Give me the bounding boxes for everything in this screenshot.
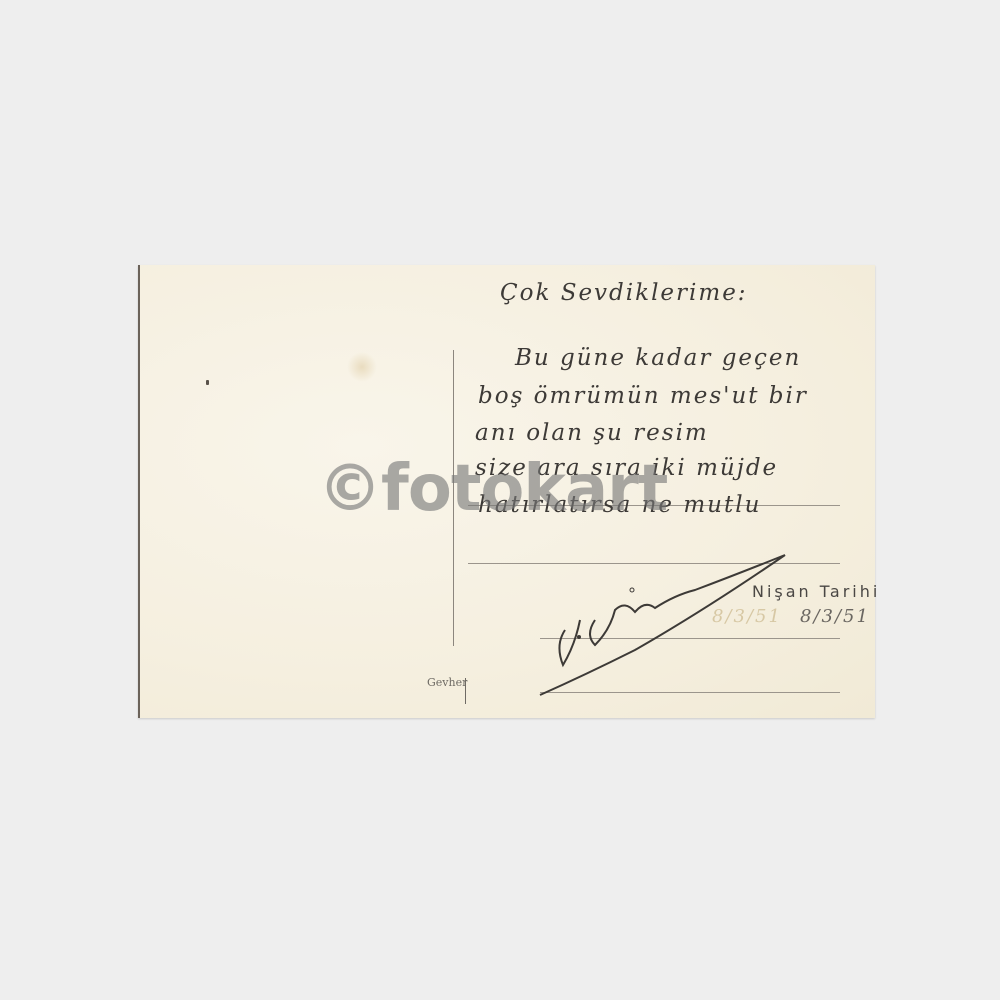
date: 8/3/51 <box>800 606 870 627</box>
salutation: Çok Sevdiklerime: <box>500 280 748 306</box>
message-line-2: boş ömrümün mes'ut bir <box>478 383 808 409</box>
message-line-3: anı olan şu resim <box>475 420 709 446</box>
age-stain <box>347 352 377 382</box>
watermark: ©fotokart <box>318 452 667 526</box>
engagement-date-caption: Nişan Tarihi <box>752 582 880 601</box>
faded-date: 8/3/51 <box>712 606 782 627</box>
publisher-mark: Gevher <box>427 676 467 689</box>
ink-speck <box>206 380 209 385</box>
publisher-mark-bar <box>465 678 466 704</box>
message-line-1: Bu güne kadar geçen <box>515 345 801 371</box>
